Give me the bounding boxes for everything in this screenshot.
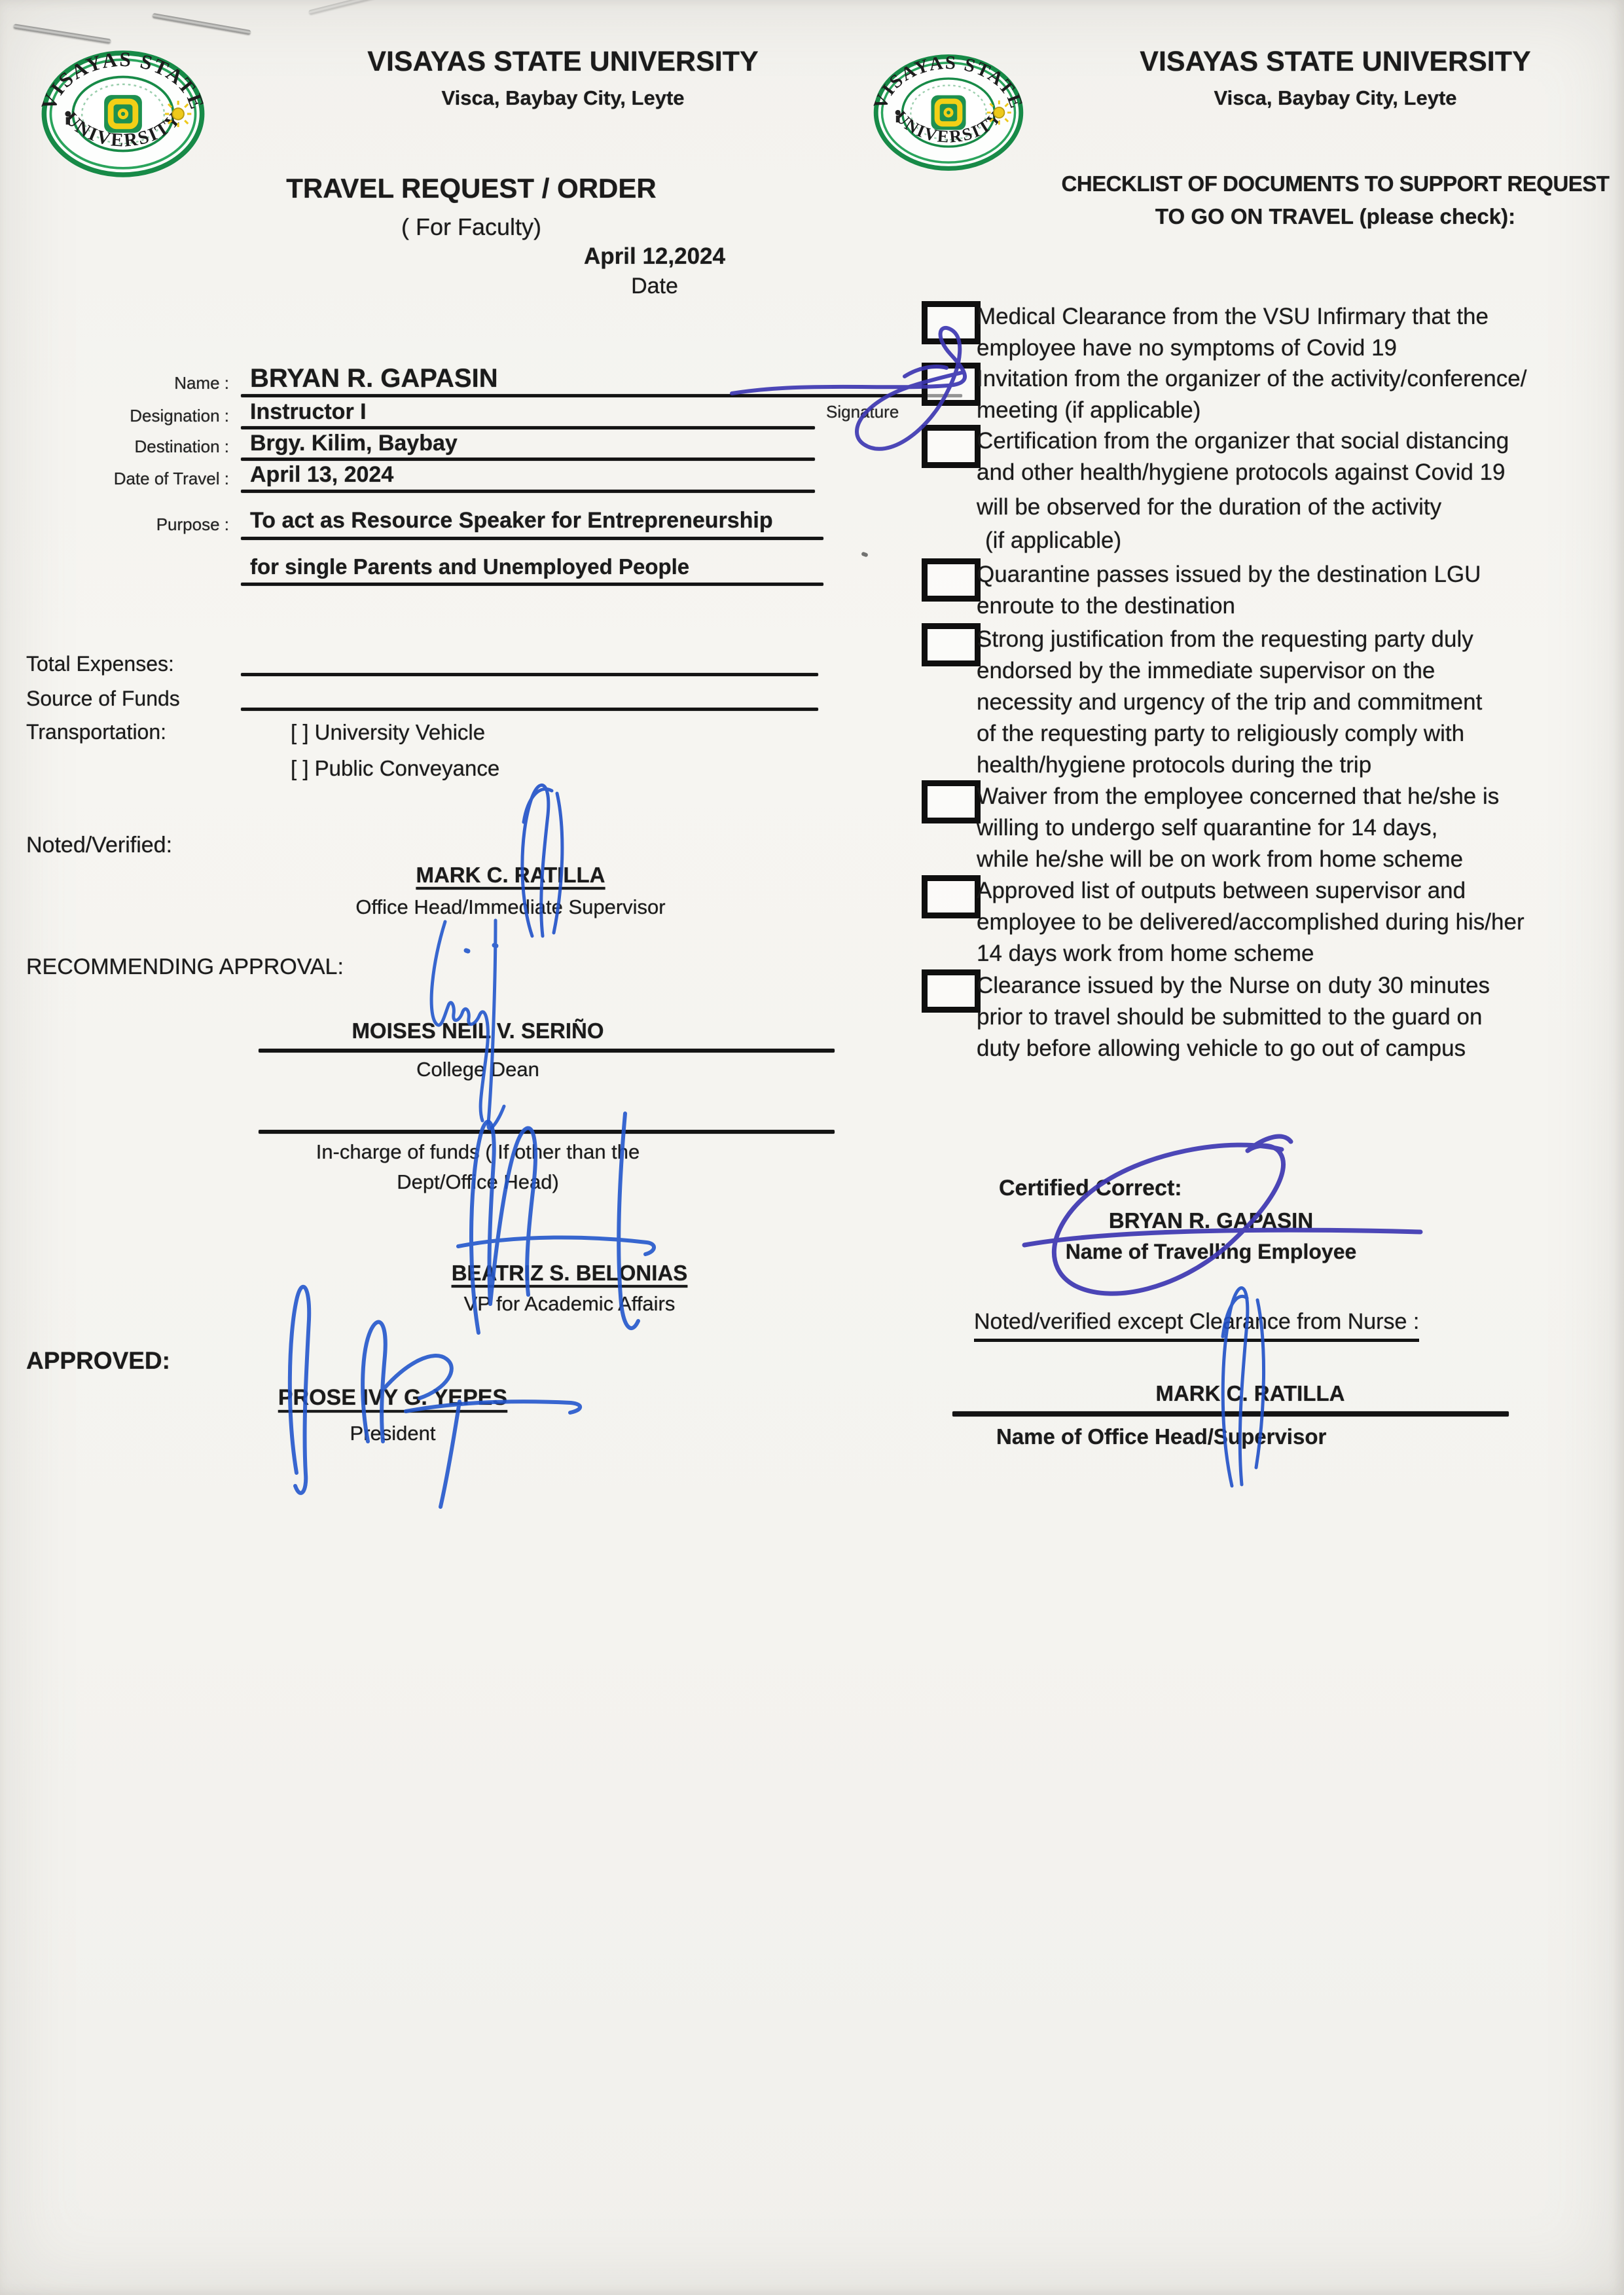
checklist-item-line: meeting (if applicable) (977, 397, 1200, 424)
total-expenses-line (241, 673, 818, 676)
doc-title: TRAVEL REQUEST / ORDER (236, 173, 707, 204)
checkbox-medical-clearance[interactable] (922, 301, 981, 344)
checkbox-quarantine-passes[interactable] (922, 558, 981, 602)
checkbox-waiver[interactable] (922, 780, 981, 823)
request-date-value: April 12,2024 (543, 244, 766, 270)
university-address-right: Visca, Baybay City, Leyte (1067, 86, 1604, 110)
checklist-item-line: Approved list of outputs between supervi… (977, 878, 1466, 904)
checklist-item-line: employee to be delivered/accomplished du… (977, 909, 1525, 935)
checklist-item-line: (if applicable) (985, 528, 1121, 554)
dean-name: MOISES NEIL V. SERIÑO (281, 1019, 674, 1043)
source-of-funds-label: Source of Funds (26, 687, 180, 711)
travelling-employee-name: BRYAN R. GAPASIN (1021, 1208, 1401, 1233)
university-name-right: VISAYAS STATE UNIVERSITY (1067, 46, 1604, 78)
vp-name: BEATRIZ S. BELONIAS (373, 1261, 766, 1286)
checklist-item-line: Quarantine passes issued by the destinat… (977, 562, 1481, 588)
recommending-approval-label: RECOMMENDING APPROVAL: (26, 954, 344, 980)
checklist-item-line: health/hygiene protocols during the trip (977, 752, 1371, 778)
checklist-item-line: Medical Clearance from the VSU Infirmary… (977, 304, 1489, 330)
seal-lamp-icon (65, 111, 71, 117)
travel-date-label: Date of Travel : (26, 469, 229, 489)
supervisor-name: MARK C. RATILLA (1060, 1381, 1440, 1406)
destination-value: Brgy. Kilim, Baybay (250, 431, 458, 456)
supervisor-caption: Name of Office Head/Supervisor (996, 1424, 1326, 1449)
checklist-item-line: of the requesting party to religiously c… (977, 721, 1464, 747)
checklist-item-line: Waiver from the employee concerned that … (977, 784, 1499, 810)
vsu-seal-right: VISAYAS STATE UNIVERSITY (872, 54, 1025, 172)
checkbox-strong-justification[interactable] (922, 623, 981, 666)
transportation-label: Transportation: (26, 720, 166, 744)
travel-date-underline (241, 490, 815, 493)
approved-label: APPROVED: (26, 1347, 170, 1375)
purpose-value-line1: To act as Resource Speaker for Entrepren… (250, 508, 773, 533)
scanned-travel-request-form: VISAYAS STATE UNIVERSITY (0, 0, 1624, 2295)
checklist-item-line: Invitation from the organizer of the act… (977, 366, 1526, 392)
checklist-item-line: duty before allowing vehicle to go out o… (977, 1036, 1466, 1062)
name-underline (241, 394, 962, 397)
staple-mark (153, 13, 251, 35)
checkbox-approved-outputs[interactable] (922, 875, 981, 918)
checklist-item-line: and other health/hygiene protocols again… (977, 460, 1506, 486)
transport-option-university-vehicle[interactable]: [ ] University Vehicle (291, 720, 485, 745)
signature-label: Signature (826, 402, 899, 422)
purpose-value-line2: for single Parents and Unemployed People (250, 554, 689, 579)
destination-label: Destination : (26, 437, 229, 457)
checklist-item-line: while he/she will be on work from home s… (977, 846, 1463, 873)
vsu-seal-left: VISAYAS STATE UNIVERSITY (41, 50, 206, 178)
purpose-label: Purpose : (26, 515, 229, 535)
checkbox-invitation[interactable] (922, 363, 981, 406)
checklist-item-line: prior to travel should be submitted to t… (977, 1004, 1482, 1030)
checklist-item-line: Certification from the organizer that so… (977, 428, 1509, 454)
vp-title: VP for Academic Affairs (373, 1292, 766, 1316)
university-name-left: VISAYAS STATE UNIVERSITY (314, 46, 812, 78)
scan-artifact (308, 0, 392, 15)
source-of-funds-line (241, 708, 818, 711)
seal-sun-icon (987, 101, 1011, 125)
transport-option-public-conveyance[interactable]: [ ] Public Conveyance (291, 756, 499, 781)
checklist-heading-line1: CHECKLIST OF DOCUMENTS TO SUPPORT REQUES… (1047, 172, 1623, 196)
checklist-item-line: employee have no symptoms of Covid 19 (977, 335, 1397, 361)
certified-correct-label: Certified Correct: (999, 1176, 1182, 1201)
checkbox-certification-social-distancing[interactable] (922, 425, 981, 468)
destination-underline (241, 458, 815, 461)
total-expenses-label: Total Expenses: (26, 652, 174, 676)
scan-speck (861, 551, 868, 557)
incharge-caption-line2: Dept/Office Head) (249, 1170, 707, 1194)
president-name: PROSE IVY G. YEPES (203, 1385, 583, 1411)
checklist-item-line: Strong justification from the requesting… (977, 626, 1473, 653)
university-address-left: Visca, Baybay City, Leyte (314, 86, 812, 110)
seal-sun-icon (165, 101, 191, 127)
checklist-item-line: Clearance issued by the Nurse on duty 30… (977, 973, 1490, 999)
designation-underline (241, 426, 815, 429)
dean-line (259, 1049, 835, 1053)
name-label: Name : (26, 373, 229, 393)
checklist-item-line: endorsed by the immediate supervisor on … (977, 658, 1435, 684)
office-head-name: MARK C. RATILLA (314, 863, 707, 888)
dean-title: College Dean (281, 1058, 674, 1081)
travelling-employee-caption: Name of Travelling Employee (1021, 1240, 1401, 1264)
travel-date-value: April 13, 2024 (250, 462, 393, 488)
checklist-item-line: willing to undergo self quarantine for 1… (977, 815, 1437, 841)
name-value: BRYAN R. GAPASIN (250, 364, 498, 393)
office-head-title: Office Head/Immediate Supervisor (314, 895, 707, 919)
incharge-caption-line1: In-charge of funds ( If other than the (249, 1140, 707, 1164)
noted-except-nurse-label: Noted/verified except Clearance from Nur… (974, 1309, 1419, 1342)
purpose-underline1 (241, 537, 823, 540)
checklist-item-line: enroute to the destination (977, 593, 1235, 619)
request-date-label: Date (543, 274, 766, 299)
checklist-item-line: necessity and urgency of the trip and co… (977, 689, 1482, 715)
incharge-line (259, 1130, 835, 1134)
purpose-underline2 (241, 583, 823, 586)
doc-subtitle: ( For Faculty) (236, 213, 707, 241)
supervisor-line (952, 1411, 1509, 1417)
designation-value: Instructor I (250, 399, 367, 425)
checklist-heading-line2: TO GO ON TRAVEL (please check): (1047, 204, 1623, 229)
designation-label: Designation : (26, 406, 229, 426)
staple-mark (13, 24, 111, 43)
checklist-item-line: 14 days work from home scheme (977, 941, 1314, 967)
president-title: President (203, 1422, 583, 1445)
noted-verified-label: Noted/Verified: (26, 833, 172, 858)
checkbox-nurse-clearance[interactable] (922, 969, 981, 1013)
checklist-item-line: will be observed for the duration of the… (977, 494, 1441, 520)
